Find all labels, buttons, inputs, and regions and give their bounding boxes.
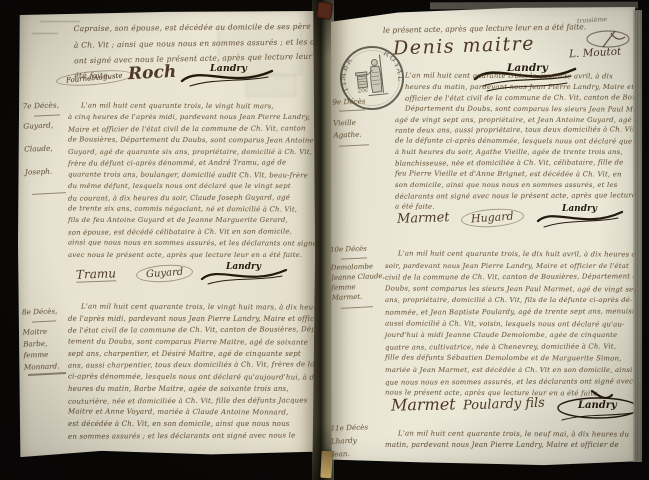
signature-denis-maitre: Denis maitre bbox=[393, 33, 536, 60]
signature-landry-paraph: Landry bbox=[200, 261, 290, 291]
binding-knot bbox=[316, 1, 333, 20]
pencil-annotation bbox=[32, 33, 58, 34]
svg-text:20c: 20c bbox=[357, 87, 369, 95]
margin-note-deces-10: 10e DécèsDemolombeJeanne Claude,femmeMar… bbox=[330, 244, 386, 304]
act-text-vieille: L'an mil huit cent quarante trois, le qu… bbox=[395, 72, 633, 214]
flourish bbox=[32, 192, 66, 195]
flourish bbox=[341, 306, 373, 309]
act-text-lhardy: L'an mil huit cent quarante trois, le ne… bbox=[385, 430, 625, 452]
signature-poulardy-fils: Poulardy fils bbox=[463, 396, 545, 414]
margin-note-deces-9: 9e DécèsVieilleAgathe. bbox=[332, 96, 367, 142]
right-page: le présent acte, après que lecture leur … bbox=[331, 7, 635, 466]
margin-note-deces-8: 8e Décès,MaitreBarbe,femmeMonnard. bbox=[22, 306, 60, 373]
act-text-guyard: L'an mil huit cent quarante trois, le vi… bbox=[68, 102, 314, 262]
page-edge-stack bbox=[633, 10, 642, 462]
act-text-maitre: L'an mil huit cent quarante trois, le vi… bbox=[68, 303, 316, 443]
scanned-register-spread: Capraise, son épouse, est décédée au dom… bbox=[0, 0, 649, 480]
signature-landry-paraph: Landry bbox=[556, 389, 642, 423]
binding-tie bbox=[320, 451, 332, 479]
signature-roch: Roch bbox=[128, 62, 177, 84]
left-page: Capraise, son épouse, est décédée au dom… bbox=[18, 11, 315, 458]
folio-annotation: troisième bbox=[577, 16, 607, 25]
signature-marmet: Marmet bbox=[397, 210, 450, 227]
signature-marmet-2: Marmet bbox=[391, 394, 456, 414]
act-text-demolombe: L'an mil huit cent quarante trois, le di… bbox=[385, 250, 631, 401]
svg-text:TIMBRE: TIMBRE bbox=[336, 42, 358, 95]
signature-tramu: Tramu bbox=[76, 266, 117, 282]
book-gutter bbox=[312, 0, 334, 480]
pencil-annotation bbox=[40, 21, 80, 22]
signature-guyard: Guyard bbox=[135, 263, 193, 284]
carryover-line: le présent acte, après que lecture leur … bbox=[383, 22, 586, 35]
flourish bbox=[339, 144, 369, 147]
signature-landry-paraph: Landry bbox=[536, 203, 626, 235]
margin-note-deces-11: 11e DécèsLhardyJean. bbox=[330, 422, 369, 462]
flourish bbox=[339, 464, 365, 466]
signature-landry-paraph: Landry bbox=[180, 61, 276, 93]
